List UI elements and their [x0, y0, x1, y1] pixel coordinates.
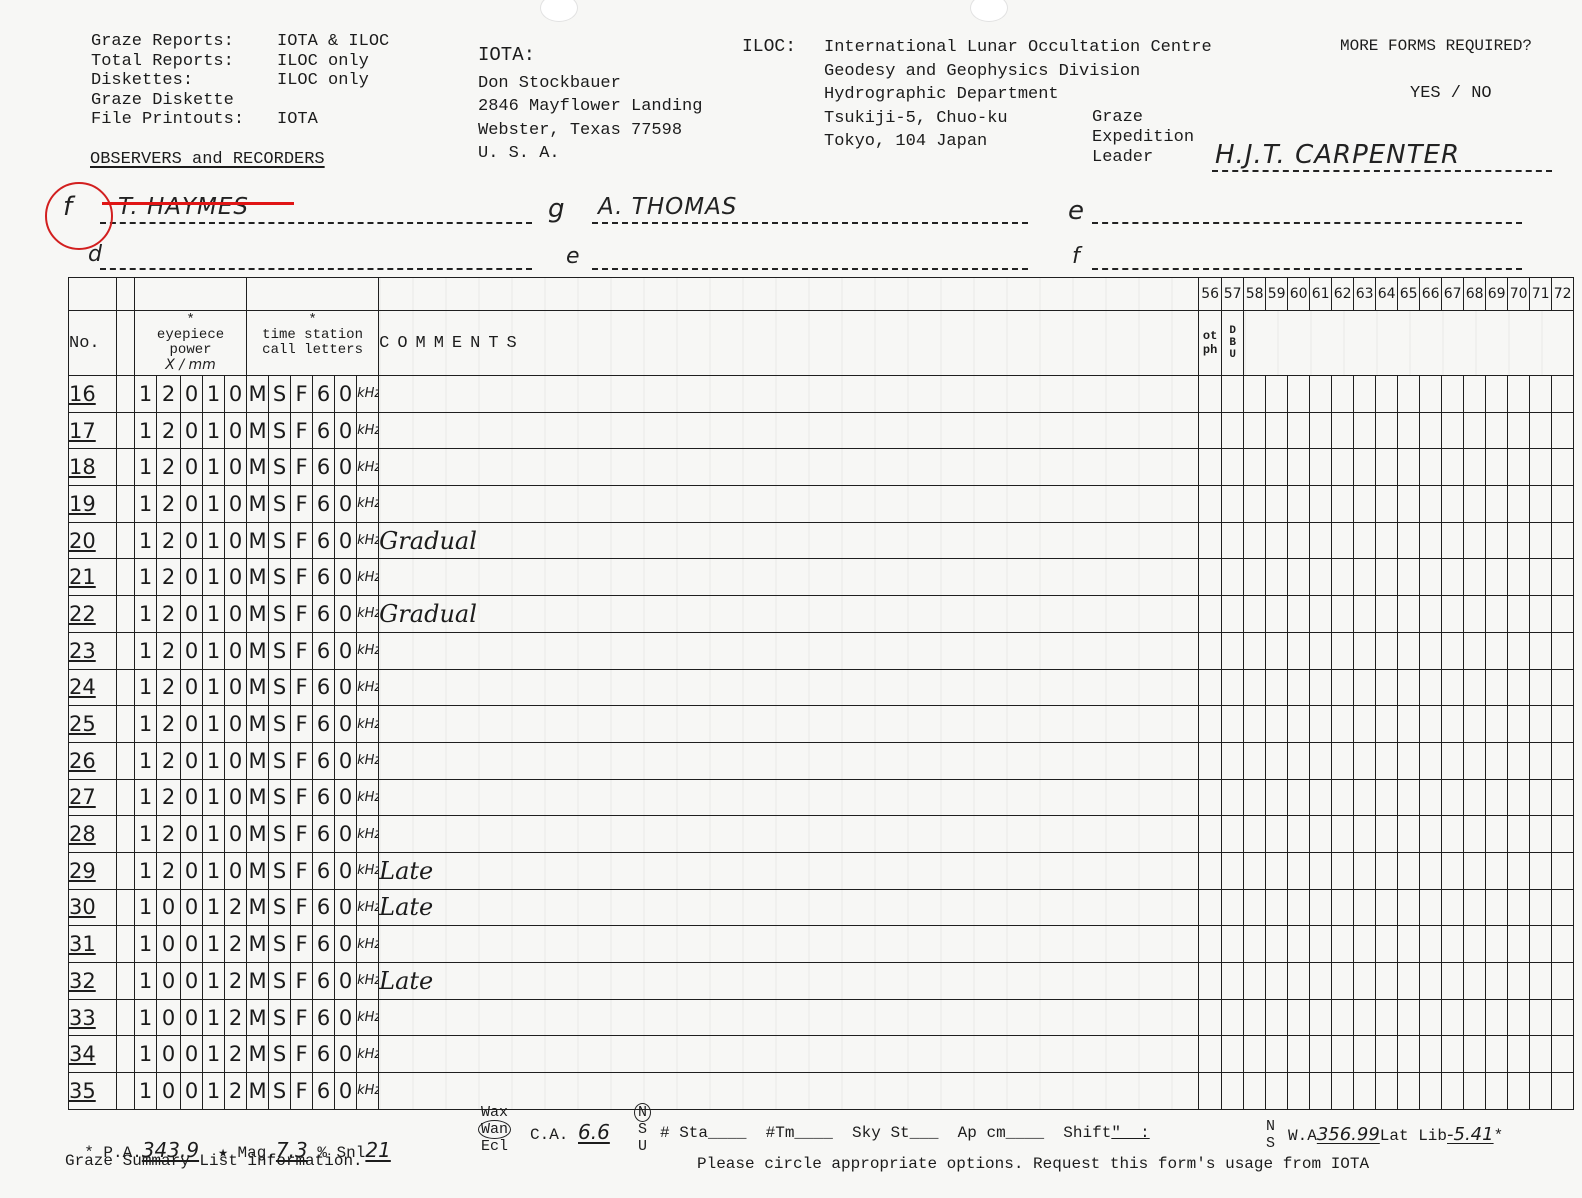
entry-cell[interactable]: M	[247, 1073, 269, 1110]
entry-cell[interactable]: F	[291, 596, 313, 633]
code-cell[interactable]	[1244, 376, 1266, 413]
code-cell[interactable]	[1310, 742, 1332, 779]
code-cell[interactable]	[1420, 596, 1442, 633]
row-number[interactable]: 32	[69, 963, 117, 1000]
code-cell[interactable]	[1376, 816, 1398, 853]
code-cell[interactable]	[1464, 596, 1486, 633]
entry-cell[interactable]: S	[269, 926, 291, 963]
code-cell[interactable]	[1420, 779, 1442, 816]
entry-cell[interactable]: 6	[313, 449, 335, 486]
code-cell[interactable]	[1530, 596, 1552, 633]
code-cell[interactable]	[1420, 669, 1442, 706]
entry-cell[interactable]: kHz	[357, 669, 379, 706]
code-cell[interactable]	[1398, 779, 1420, 816]
code-cell[interactable]	[1442, 1036, 1464, 1073]
code-cell[interactable]	[1288, 889, 1310, 926]
code-cell[interactable]	[1354, 1073, 1376, 1110]
entry-cell[interactable]: M	[247, 412, 269, 449]
code-cell[interactable]	[1398, 522, 1420, 559]
code-cell[interactable]	[1288, 852, 1310, 889]
entry-cell[interactable]: 0	[335, 816, 357, 853]
code-cell[interactable]	[1199, 376, 1222, 413]
entry-cell[interactable]: 0	[335, 706, 357, 743]
code-cell[interactable]	[1442, 669, 1464, 706]
code-cell[interactable]	[1420, 963, 1442, 1000]
code-cell[interactable]	[1199, 632, 1222, 669]
entry-cell[interactable]: F	[291, 963, 313, 1000]
code-cell[interactable]	[1310, 376, 1332, 413]
entry-cell[interactable]: 0	[181, 742, 203, 779]
code-cell[interactable]	[1288, 632, 1310, 669]
entry-cell[interactable]: M	[247, 596, 269, 633]
code-cell[interactable]	[1354, 376, 1376, 413]
code-cell[interactable]	[1464, 852, 1486, 889]
code-cell[interactable]	[1244, 706, 1266, 743]
code-cell[interactable]	[1332, 376, 1354, 413]
entry-cell[interactable]: 0	[181, 963, 203, 1000]
row-number[interactable]: 23	[69, 632, 117, 669]
code-cell[interactable]	[1464, 963, 1486, 1000]
entry-cell[interactable]: 0	[225, 742, 247, 779]
code-cell[interactable]	[1244, 669, 1266, 706]
code-cell[interactable]	[1508, 412, 1530, 449]
entry-cell[interactable]: F	[291, 852, 313, 889]
code-cell[interactable]	[1486, 1036, 1508, 1073]
row-number[interactable]: 27	[69, 779, 117, 816]
code-cell[interactable]	[1530, 963, 1552, 1000]
entry-cell[interactable]: 2	[225, 999, 247, 1036]
code-cell[interactable]	[1552, 816, 1574, 853]
entry-cell[interactable]: 0	[335, 742, 357, 779]
entry-cell[interactable]: 1	[135, 376, 157, 413]
code-cell[interactable]	[1420, 999, 1442, 1036]
code-cell[interactable]	[1508, 742, 1530, 779]
entry-cell[interactable]: F	[291, 706, 313, 743]
code-cell[interactable]	[1486, 963, 1508, 1000]
code-cell[interactable]	[1464, 632, 1486, 669]
code-cell[interactable]	[1464, 889, 1486, 926]
code-cell[interactable]	[1288, 522, 1310, 559]
code-cell[interactable]	[1332, 522, 1354, 559]
comment-cell[interactable]	[379, 559, 1199, 596]
code-cell[interactable]	[1354, 486, 1376, 523]
entry-cell[interactable]: kHz	[357, 742, 379, 779]
comment-cell[interactable]	[379, 706, 1199, 743]
code-cell[interactable]	[1464, 706, 1486, 743]
entry-cell[interactable]: 0	[225, 376, 247, 413]
code-cell[interactable]	[1552, 596, 1574, 633]
entry-cell[interactable]: kHz	[357, 376, 379, 413]
code-cell[interactable]	[1508, 1073, 1530, 1110]
code-cell[interactable]	[1376, 632, 1398, 669]
code-cell[interactable]	[1354, 1036, 1376, 1073]
code-cell[interactable]	[1486, 449, 1508, 486]
observer-name-field[interactable]: A. THOMAS	[598, 194, 737, 220]
entry-cell[interactable]: 2	[157, 596, 181, 633]
comment-cell[interactable]	[379, 779, 1199, 816]
leader-name-field[interactable]: H.J.T. CARPENTER	[1215, 140, 1460, 170]
code-cell[interactable]	[1486, 779, 1508, 816]
entry-cell[interactable]: 0	[335, 889, 357, 926]
code-cell[interactable]	[1354, 449, 1376, 486]
entry-cell[interactable]: 1	[135, 706, 157, 743]
comment-cell[interactable]	[379, 669, 1199, 706]
code-cell[interactable]	[1310, 999, 1332, 1036]
entry-cell[interactable]: S	[269, 449, 291, 486]
entry-cell[interactable]: M	[247, 1036, 269, 1073]
row-number[interactable]: 30	[69, 889, 117, 926]
entry-cell[interactable]: 1	[203, 669, 225, 706]
code-cell[interactable]	[1552, 1073, 1574, 1110]
code-cell[interactable]	[1354, 559, 1376, 596]
entry-cell[interactable]: 1	[135, 926, 157, 963]
entry-cell[interactable]: M	[247, 926, 269, 963]
comment-cell[interactable]: Gradual	[379, 522, 1199, 559]
entry-cell[interactable]: 0	[335, 1036, 357, 1073]
code-cell[interactable]	[1552, 706, 1574, 743]
entry-cell[interactable]: 6	[313, 632, 335, 669]
entry-cell[interactable]: 1	[203, 706, 225, 743]
option-s[interactable]: S	[1266, 1135, 1275, 1152]
code-cell[interactable]	[1508, 852, 1530, 889]
code-cell[interactable]	[1266, 449, 1288, 486]
code-cell[interactable]	[1420, 632, 1442, 669]
row-number[interactable]: 26	[69, 742, 117, 779]
code-cell[interactable]	[1199, 926, 1222, 963]
code-cell[interactable]	[1266, 1036, 1288, 1073]
code-cell[interactable]	[1222, 596, 1244, 633]
code-cell[interactable]	[1222, 706, 1244, 743]
entry-cell[interactable]: 6	[313, 816, 335, 853]
code-cell[interactable]	[1222, 889, 1244, 926]
code-cell[interactable]	[1398, 412, 1420, 449]
entry-cell[interactable]: 1	[135, 1036, 157, 1073]
entry-cell[interactable]: F	[291, 779, 313, 816]
ca-field[interactable]: 6.6	[578, 1120, 610, 1144]
code-cell[interactable]	[1420, 449, 1442, 486]
code-cell[interactable]	[1398, 742, 1420, 779]
code-cell[interactable]	[1266, 596, 1288, 633]
code-cell[interactable]	[1288, 449, 1310, 486]
entry-cell[interactable]: S	[269, 1036, 291, 1073]
code-cell[interactable]	[1508, 889, 1530, 926]
row-number[interactable]: 25	[69, 706, 117, 743]
code-cell[interactable]	[1244, 522, 1266, 559]
code-cell[interactable]	[1442, 852, 1464, 889]
code-cell[interactable]	[1508, 596, 1530, 633]
code-cell[interactable]	[1332, 999, 1354, 1036]
comment-cell[interactable]	[379, 376, 1199, 413]
entry-cell[interactable]: 0	[225, 669, 247, 706]
code-cell[interactable]	[1222, 376, 1244, 413]
code-cell[interactable]	[1552, 412, 1574, 449]
code-cell[interactable]	[1376, 412, 1398, 449]
row-number[interactable]: 18	[69, 449, 117, 486]
nsu-options[interactable]: N S U	[634, 1104, 651, 1155]
entry-cell[interactable]: 2	[225, 926, 247, 963]
option-n[interactable]: N	[1266, 1118, 1275, 1135]
code-cell[interactable]	[1486, 742, 1508, 779]
code-cell[interactable]	[1464, 999, 1486, 1036]
code-cell[interactable]	[1376, 486, 1398, 523]
code-cell[interactable]	[1354, 706, 1376, 743]
code-cell[interactable]	[1442, 926, 1464, 963]
tm-field[interactable]: #Tm____	[766, 1124, 833, 1142]
code-cell[interactable]	[1552, 632, 1574, 669]
observer-dash-line[interactable]	[1092, 222, 1522, 224]
entry-cell[interactable]: 1	[135, 449, 157, 486]
observer-name-field[interactable]: T. HAYMES	[118, 194, 249, 220]
code-cell[interactable]	[1530, 449, 1552, 486]
entry-cell[interactable]: 1	[203, 486, 225, 523]
code-cell[interactable]	[1354, 852, 1376, 889]
code-cell[interactable]	[1376, 963, 1398, 1000]
entry-cell[interactable]: 0	[335, 1073, 357, 1110]
code-cell[interactable]	[1244, 596, 1266, 633]
entry-cell[interactable]: 6	[313, 412, 335, 449]
entry-cell[interactable]: 1	[203, 779, 225, 816]
code-cell[interactable]	[1332, 963, 1354, 1000]
entry-cell[interactable]: 6	[313, 669, 335, 706]
entry-cell[interactable]: 0	[181, 999, 203, 1036]
code-cell[interactable]	[1420, 889, 1442, 926]
code-cell[interactable]	[1530, 742, 1552, 779]
entry-cell[interactable]: 0	[335, 412, 357, 449]
entry-cell[interactable]: 0	[181, 889, 203, 926]
code-cell[interactable]	[1266, 779, 1288, 816]
entry-cell[interactable]: 2	[157, 376, 181, 413]
code-cell[interactable]	[1376, 779, 1398, 816]
code-cell[interactable]	[1222, 963, 1244, 1000]
entry-cell[interactable]: 6	[313, 963, 335, 1000]
code-cell[interactable]	[1244, 963, 1266, 1000]
observer-dash-line[interactable]	[1092, 268, 1522, 270]
code-cell[interactable]	[1288, 1073, 1310, 1110]
entry-cell[interactable]: 0	[157, 889, 181, 926]
entry-cell[interactable]: M	[247, 999, 269, 1036]
code-cell[interactable]	[1222, 486, 1244, 523]
entry-cell[interactable]: 0	[157, 1073, 181, 1110]
code-cell[interactable]	[1376, 596, 1398, 633]
code-cell[interactable]	[1310, 889, 1332, 926]
entry-cell[interactable]: 0	[335, 522, 357, 559]
code-cell[interactable]	[1508, 632, 1530, 669]
row-number[interactable]: 21	[69, 559, 117, 596]
code-cell[interactable]	[1310, 1073, 1332, 1110]
code-cell[interactable]	[1354, 889, 1376, 926]
code-cell[interactable]	[1376, 852, 1398, 889]
code-cell[interactable]	[1332, 779, 1354, 816]
code-cell[interactable]	[1222, 1036, 1244, 1073]
code-cell[interactable]	[1552, 889, 1574, 926]
code-cell[interactable]	[1199, 412, 1222, 449]
entry-cell[interactable]: 6	[313, 926, 335, 963]
code-cell[interactable]	[1420, 412, 1442, 449]
entry-cell[interactable]: 0	[335, 669, 357, 706]
entry-cell[interactable]: S	[269, 889, 291, 926]
code-cell[interactable]	[1552, 449, 1574, 486]
entry-cell[interactable]: S	[269, 632, 291, 669]
entry-cell[interactable]: S	[269, 522, 291, 559]
code-cell[interactable]	[1266, 486, 1288, 523]
code-cell[interactable]	[1266, 669, 1288, 706]
entry-cell[interactable]: 0	[225, 596, 247, 633]
code-cell[interactable]	[1530, 926, 1552, 963]
code-cell[interactable]	[1376, 376, 1398, 413]
entry-cell[interactable]: 2	[157, 486, 181, 523]
entry-cell[interactable]: 0	[181, 596, 203, 633]
row-number[interactable]: 17	[69, 412, 117, 449]
comment-cell[interactable]	[379, 742, 1199, 779]
entry-cell[interactable]: 6	[313, 559, 335, 596]
code-cell[interactable]	[1530, 486, 1552, 523]
entry-cell[interactable]: 0	[335, 926, 357, 963]
code-cell[interactable]	[1288, 1036, 1310, 1073]
code-cell[interactable]	[1222, 999, 1244, 1036]
code-cell[interactable]	[1486, 412, 1508, 449]
entry-cell[interactable]: 6	[313, 1073, 335, 1110]
entry-cell[interactable]: S	[269, 376, 291, 413]
observer-dash-line[interactable]	[100, 268, 532, 270]
code-cell[interactable]	[1266, 926, 1288, 963]
code-cell[interactable]	[1376, 742, 1398, 779]
code-cell[interactable]	[1486, 816, 1508, 853]
entry-cell[interactable]: 1	[135, 852, 157, 889]
code-cell[interactable]	[1376, 522, 1398, 559]
code-cell[interactable]	[1222, 449, 1244, 486]
code-cell[interactable]	[1354, 926, 1376, 963]
code-cell[interactable]	[1199, 596, 1222, 633]
entry-cell[interactable]: 0	[225, 522, 247, 559]
code-cell[interactable]	[1464, 1036, 1486, 1073]
code-cell[interactable]	[1442, 632, 1464, 669]
entry-cell[interactable]: 2	[225, 1073, 247, 1110]
entry-cell[interactable]: 0	[225, 779, 247, 816]
entry-cell[interactable]: 6	[313, 376, 335, 413]
entry-cell[interactable]: 1	[203, 742, 225, 779]
code-cell[interactable]	[1486, 926, 1508, 963]
code-cell[interactable]	[1354, 779, 1376, 816]
comment-cell[interactable]: Gradual	[379, 596, 1199, 633]
entry-cell[interactable]: 1	[135, 412, 157, 449]
code-cell[interactable]	[1310, 596, 1332, 633]
code-cell[interactable]	[1222, 669, 1244, 706]
code-cell[interactable]	[1464, 1073, 1486, 1110]
code-cell[interactable]	[1199, 999, 1222, 1036]
code-cell[interactable]	[1354, 816, 1376, 853]
code-cell[interactable]	[1244, 559, 1266, 596]
code-cell[interactable]	[1310, 522, 1332, 559]
code-cell[interactable]	[1486, 706, 1508, 743]
code-cell[interactable]	[1288, 963, 1310, 1000]
entry-cell[interactable]: 1	[203, 412, 225, 449]
entry-cell[interactable]: 0	[335, 376, 357, 413]
code-cell[interactable]	[1530, 889, 1552, 926]
row-number[interactable]: 24	[69, 669, 117, 706]
more-forms-options[interactable]: YES / NO	[1410, 84, 1492, 103]
entry-cell[interactable]: 0	[335, 596, 357, 633]
code-cell[interactable]	[1552, 963, 1574, 1000]
entry-cell[interactable]: 0	[181, 926, 203, 963]
entry-cell[interactable]: 0	[157, 963, 181, 1000]
entry-cell[interactable]: kHz	[357, 926, 379, 963]
row-number[interactable]: 16	[69, 376, 117, 413]
code-cell[interactable]	[1222, 412, 1244, 449]
entry-cell[interactable]: F	[291, 889, 313, 926]
code-cell[interactable]	[1376, 926, 1398, 963]
entry-cell[interactable]: 6	[313, 779, 335, 816]
code-cell[interactable]	[1332, 889, 1354, 926]
code-cell[interactable]	[1354, 669, 1376, 706]
entry-cell[interactable]: 6	[313, 999, 335, 1036]
code-cell[interactable]	[1266, 706, 1288, 743]
code-cell[interactable]	[1530, 669, 1552, 706]
code-cell[interactable]	[1442, 999, 1464, 1036]
code-cell[interactable]	[1288, 412, 1310, 449]
entry-cell[interactable]: 1	[135, 596, 157, 633]
code-cell[interactable]	[1508, 706, 1530, 743]
entry-cell[interactable]: 6	[313, 596, 335, 633]
code-cell[interactable]	[1508, 669, 1530, 706]
code-cell[interactable]	[1442, 963, 1464, 1000]
code-cell[interactable]	[1266, 852, 1288, 889]
entry-cell[interactable]: 1	[203, 816, 225, 853]
entry-cell[interactable]: 0	[181, 816, 203, 853]
code-cell[interactable]	[1288, 596, 1310, 633]
entry-cell[interactable]: 1	[135, 742, 157, 779]
entry-cell[interactable]: 1	[203, 596, 225, 633]
row-number[interactable]: 33	[69, 999, 117, 1036]
entry-cell[interactable]: 2	[157, 669, 181, 706]
entry-cell[interactable]: S	[269, 852, 291, 889]
code-cell[interactable]	[1310, 1036, 1332, 1073]
entry-cell[interactable]: 0	[335, 559, 357, 596]
code-cell[interactable]	[1442, 889, 1464, 926]
code-cell[interactable]	[1199, 669, 1222, 706]
option-u[interactable]: U	[634, 1138, 651, 1155]
entry-cell[interactable]: 0	[335, 486, 357, 523]
entry-cell[interactable]: M	[247, 852, 269, 889]
entry-cell[interactable]: 0	[181, 852, 203, 889]
option-n-circled[interactable]: N	[634, 1103, 651, 1122]
code-cell[interactable]	[1376, 889, 1398, 926]
entry-cell[interactable]: 0	[225, 632, 247, 669]
entry-cell[interactable]: 0	[335, 449, 357, 486]
row-number[interactable]: 31	[69, 926, 117, 963]
code-cell[interactable]	[1486, 669, 1508, 706]
code-cell[interactable]	[1288, 999, 1310, 1036]
wax-wan-ecl-options[interactable]: Wax Wan Ecl	[478, 1104, 511, 1155]
entry-cell[interactable]: F	[291, 926, 313, 963]
code-cell[interactable]	[1420, 816, 1442, 853]
code-cell[interactable]	[1199, 1036, 1222, 1073]
code-cell[interactable]	[1244, 1036, 1266, 1073]
code-cell[interactable]	[1442, 742, 1464, 779]
entry-cell[interactable]: 0	[181, 449, 203, 486]
code-cell[interactable]	[1222, 632, 1244, 669]
code-cell[interactable]	[1266, 1073, 1288, 1110]
code-cell[interactable]	[1310, 852, 1332, 889]
entry-cell[interactable]: F	[291, 376, 313, 413]
entry-cell[interactable]: 1	[135, 889, 157, 926]
entry-cell[interactable]: 0	[335, 963, 357, 1000]
entry-cell[interactable]: 2	[157, 559, 181, 596]
entry-cell[interactable]: 0	[335, 632, 357, 669]
code-cell[interactable]	[1199, 852, 1222, 889]
entry-cell[interactable]: kHz	[357, 999, 379, 1036]
code-cell[interactable]	[1266, 816, 1288, 853]
code-cell[interactable]	[1332, 706, 1354, 743]
